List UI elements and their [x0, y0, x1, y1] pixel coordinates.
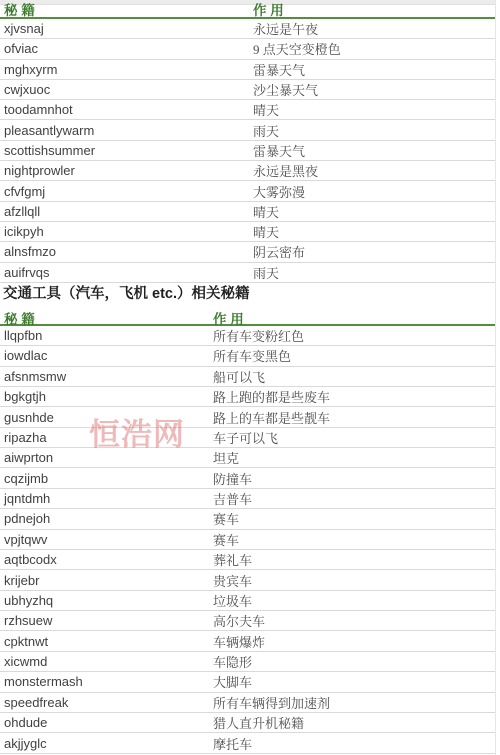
table-row: llqpfbn所有车变粉红色 — [0, 326, 495, 346]
cheat-code-cell: cpktnwt — [4, 634, 213, 649]
cheat-code-cell: pleasantlywarm — [4, 123, 253, 138]
cheat-code-cell: nightprowler — [4, 163, 253, 178]
cheat-effect-cell: 雨天 — [253, 263, 279, 282]
column-header-effect: 作 用 — [253, 5, 284, 17]
cheat-code-cell: cwjxuoc — [4, 82, 253, 97]
table-row: scottishsummer雷暴天气 — [0, 141, 495, 161]
cheat-effect-cell: 阴云密布 — [253, 242, 305, 261]
cheat-effect-cell: 船可以飞 — [213, 367, 265, 386]
cheat-effect-cell: 猎人直升机秘籍 — [213, 713, 304, 732]
table-row: pdnejoh赛车 — [0, 509, 495, 529]
table-row: cfvfgmj大雾弥漫 — [0, 181, 495, 201]
cheat-effect-cell: 垃圾车 — [213, 591, 252, 610]
table-row: cpktnwt车辆爆炸 — [0, 631, 495, 651]
cheat-code-cell: mghxyrm — [4, 62, 253, 77]
cheat-code-cell: toodamnhot — [4, 102, 253, 117]
table-row: afzllqll晴天 — [0, 202, 495, 222]
cheat-code-cell: monstermash — [4, 674, 213, 689]
table-row: ripazha车子可以飞 — [0, 428, 495, 448]
cheat-code-cell: xjvsnaj — [4, 21, 253, 36]
cheat-sheet-page: 秘 籍 作 用 xjvsnaj永远是午夜ofviac9 点天空变橙色mghxyr… — [0, 0, 496, 755]
table-row: gusnhde路上的车都是些靓车 — [0, 407, 495, 427]
weather-cheats-table: 秘 籍 作 用 xjvsnaj永远是午夜ofviac9 点天空变橙色mghxyr… — [0, 5, 495, 283]
cheat-effect-cell: 所有车辆得到加速剂 — [213, 693, 330, 712]
table-row: ohdude猎人直升机秘籍 — [0, 713, 495, 733]
column-header-effect: 作 用 — [213, 305, 244, 324]
table-row: vpjtqwv赛车 — [0, 530, 495, 550]
table-row: toodamnhot晴天 — [0, 100, 495, 120]
cheat-effect-cell: 大脚车 — [213, 672, 252, 691]
cheat-code-cell: vpjtqwv — [4, 532, 213, 547]
cheat-effect-cell: 所有车变黑色 — [213, 346, 291, 365]
cheat-code-cell: llqpfbn — [4, 328, 213, 343]
cheat-code-cell: ripazha — [4, 430, 213, 445]
cheat-code-cell: speedfreak — [4, 695, 213, 710]
vehicle-cheats-table: 秘 籍 作 用 llqpfbn所有车变粉红色iowdlac所有车变黑色afsnm… — [0, 305, 495, 754]
cheat-code-cell: alnsfmzo — [4, 244, 253, 259]
table-row: monstermash大脚车 — [0, 672, 495, 692]
cheat-code-cell: icikpyh — [4, 224, 253, 239]
cheat-code-cell: ohdude — [4, 715, 213, 730]
table-row: speedfreak所有车辆得到加速剂 — [0, 693, 495, 713]
cheat-effect-cell: 永远是午夜 — [253, 19, 318, 38]
table-row: jqntdmh吉普车 — [0, 489, 495, 509]
cheat-effect-cell: 大雾弥漫 — [253, 182, 305, 201]
table-row: afsnmsmw船可以飞 — [0, 367, 495, 387]
table-row: ubhyzhq垃圾车 — [0, 591, 495, 611]
cheat-code-cell: afzllqll — [4, 204, 253, 219]
cheat-effect-cell: 路上的车都是些靓车 — [213, 408, 330, 427]
weather-table-header-row: 秘 籍 作 用 — [0, 5, 495, 19]
cheat-effect-cell: 赛车 — [213, 530, 239, 549]
cheat-effect-cell: 沙尘暴天气 — [253, 80, 318, 99]
cheat-effect-cell: 吉普车 — [213, 489, 252, 508]
table-row: cqzijmb防撞车 — [0, 468, 495, 488]
cheat-effect-cell: 贵宾车 — [213, 571, 252, 590]
cheat-code-cell: cqzijmb — [4, 471, 213, 486]
section-title-vehicle-cheats: 交通工具（汽车，飞机 etc.）相关秘籍 — [0, 283, 495, 305]
cheat-code-cell: pdnejoh — [4, 511, 213, 526]
cheat-code-cell: auifrvqs — [4, 265, 253, 280]
cheat-effect-cell: 车子可以飞 — [213, 428, 278, 447]
cheat-effect-cell: 赛车 — [213, 509, 239, 528]
table-row: xicwmd车隐形 — [0, 652, 495, 672]
vehicle-table-body: llqpfbn所有车变粉红色iowdlac所有车变黑色afsnmsmw船可以飞b… — [0, 326, 495, 754]
table-row: rzhsuew高尔夫车 — [0, 611, 495, 631]
table-row: alnsfmzo阴云密布 — [0, 242, 495, 262]
cheat-code-cell: ofviac — [4, 41, 253, 56]
cheat-code-cell: iowdlac — [4, 348, 213, 363]
cheat-effect-cell: 车辆爆炸 — [213, 632, 265, 651]
cheat-effect-cell: 所有车变粉红色 — [213, 326, 304, 345]
table-row: nightprowler永远是黑夜 — [0, 161, 495, 181]
table-row: aqtbcodx葬礼车 — [0, 550, 495, 570]
cheat-effect-cell: 车隐形 — [213, 652, 252, 671]
cheat-code-cell: jqntdmh — [4, 491, 213, 506]
cheat-code-cell: xicwmd — [4, 654, 213, 669]
cheat-code-cell: afsnmsmw — [4, 369, 213, 384]
cheat-effect-cell: 雨天 — [253, 121, 279, 140]
cheat-effect-cell: 高尔夫车 — [213, 611, 265, 630]
cheat-effect-cell: 9 点天空变橙色 — [253, 39, 341, 58]
cheat-code-cell: rzhsuew — [4, 613, 213, 628]
cheat-code-cell: gusnhde — [4, 410, 213, 425]
cheat-effect-cell: 葬礼车 — [213, 550, 252, 569]
cheat-effect-cell: 晴天 — [253, 100, 279, 119]
cheat-effect-cell: 雷暴天气 — [253, 60, 305, 79]
cheat-code-cell: ubhyzhq — [4, 593, 213, 608]
table-row: icikpyh晴天 — [0, 222, 495, 242]
weather-table-body: xjvsnaj永远是午夜ofviac9 点天空变橙色mghxyrm雷暴天气cwj… — [0, 19, 495, 283]
cheat-effect-cell: 永远是黑夜 — [253, 161, 318, 180]
table-row: bgkgtjh路上跑的都是些废车 — [0, 387, 495, 407]
cheat-code-cell: scottishsummer — [4, 143, 253, 158]
cheat-effect-cell: 防撞车 — [213, 469, 252, 488]
table-row: pleasantlywarm雨天 — [0, 120, 495, 140]
table-row: auifrvqs雨天 — [0, 263, 495, 283]
cheat-effect-cell: 摩托车 — [213, 734, 252, 753]
cheat-effect-cell: 晴天 — [253, 202, 279, 221]
vehicle-table-header-row: 秘 籍 作 用 — [0, 305, 495, 326]
cheat-code-cell: krijebr — [4, 573, 213, 588]
table-row: krijebr贵宾车 — [0, 570, 495, 590]
cheat-effect-cell: 坦克 — [213, 448, 239, 467]
table-row: aiwprton坦克 — [0, 448, 495, 468]
cheat-code-cell: aiwprton — [4, 450, 213, 465]
table-row: iowdlac所有车变黑色 — [0, 346, 495, 366]
cheat-effect-cell: 路上跑的都是些废车 — [213, 387, 330, 406]
table-row: akjjyglc摩托车 — [0, 733, 495, 753]
cheat-code-cell: aqtbcodx — [4, 552, 213, 567]
column-header-cheat-code: 秘 籍 — [4, 5, 253, 17]
table-row: cwjxuoc沙尘暴天气 — [0, 80, 495, 100]
cheat-effect-cell: 晴天 — [253, 222, 279, 241]
cheat-code-cell: cfvfgmj — [4, 184, 253, 199]
cheat-code-cell: bgkgtjh — [4, 389, 213, 404]
table-row: xjvsnaj永远是午夜 — [0, 19, 495, 39]
cheat-effect-cell: 雷暴天气 — [253, 141, 305, 160]
column-header-cheat-code: 秘 籍 — [4, 305, 213, 324]
table-row: ofviac9 点天空变橙色 — [0, 39, 495, 59]
cheat-code-cell: akjjyglc — [4, 736, 213, 751]
table-row: mghxyrm雷暴天气 — [0, 60, 495, 80]
